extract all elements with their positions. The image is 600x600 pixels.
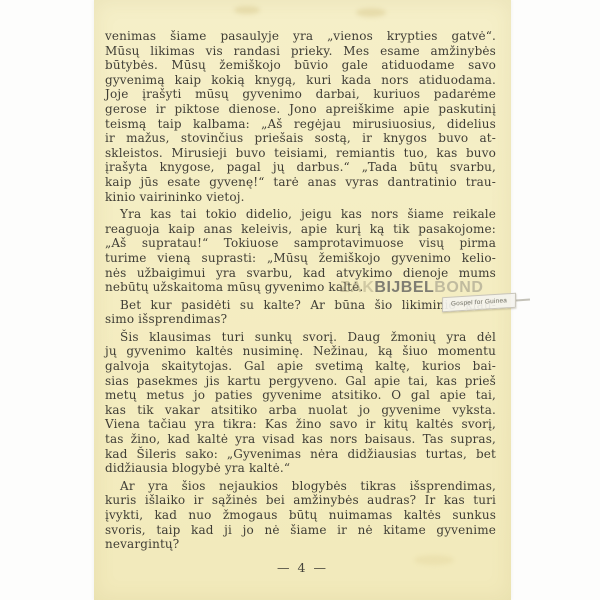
text-block: venimas šiame pasaulyje yra „vienos kryp… — [105, 29, 496, 552]
text-line: Joje įrašyti mūsų gyvenimo darbai, kuriu… — [105, 87, 496, 102]
paragraph: Yra kas tai tokio didelio, jeigu kas nor… — [105, 207, 496, 295]
text-line: Viena tačiau yra tikra: Kas žino savo ir… — [105, 417, 496, 432]
text-line: ir mažus, stovinčius priešais sostą, ir … — [105, 131, 496, 146]
text-line: įvykti, kad nuo žmogaus būtų nuimamas ka… — [105, 508, 496, 523]
text-line: turime vieną suprasti: „Mūsų žemiškojo g… — [105, 251, 496, 266]
paragraph: Ar yra šios nejaukios blogybės tikras iš… — [105, 479, 496, 552]
text-line: galvoja skaitytojas. Gal apie svetimą ka… — [105, 359, 496, 374]
paragraph: Šis klausimas turi sunkų svorį. Daug žmo… — [105, 330, 496, 476]
text-line: metų metus jo paties gyvenime atsitiko. … — [105, 388, 496, 403]
text-line: jų gyvenimo kaltės nusiminę. Nežinau, ką… — [105, 344, 496, 359]
text-line: didžiausia blogybė yra kaltė.“ — [105, 461, 496, 476]
text-line: teismą taip kalbama: „Aš regėjau mirusiu… — [105, 117, 496, 132]
text-line: venimas šiame pasaulyje yra „vienos kryp… — [105, 29, 496, 44]
text-line: Yra kas tai tokio didelio, jeigu kas nor… — [105, 207, 496, 222]
text-line: simo išsprendimas? — [105, 312, 496, 327]
text-line: „Aš supratau!“ Tokiuose samprotavimuose … — [105, 236, 496, 251]
text-line: kuris išlaiko ir sąžinės bei amžinybės a… — [105, 493, 496, 508]
text-line: įrašyta knygose, pagal jų darbus.“ „Tada… — [105, 160, 496, 175]
text-line: Mūsų likimas vis randasi prieky. Mes esa… — [105, 44, 496, 59]
text-line: sias pasekmes jis kartu pergyveno. Gal a… — [105, 374, 496, 389]
watermark-label-dash — [516, 299, 530, 302]
text-line: būtybės. Mūsų žemiškojo būvio gale atidu… — [105, 58, 496, 73]
watermark-label-text: Gospel for Guinea — [451, 297, 507, 307]
text-line: nės užbaigimui yra svarbu, kad atvykimo … — [105, 266, 496, 281]
text-line: gerose ir piktose dienose. Jono apreiški… — [105, 102, 496, 117]
text-line: nebūtų užskaitoma mūsų gyvenimo kaltė. — [105, 280, 496, 295]
scanned-book-page: venimas šiame pasaulyje yra „vienos kryp… — [0, 0, 600, 600]
text-line: nevargintų? — [105, 537, 496, 552]
text-line: kad Šileris sako: „Gyvenimas nėra didžia… — [105, 447, 496, 462]
scan-smudge — [234, 6, 260, 14]
text-line: tas žino, kad kaltė yra visad kas nors b… — [105, 432, 496, 447]
text-line: kaip jūs esate gyvenę!“ tarė anas vyras … — [105, 175, 496, 190]
text-line: kas tik vakar atsitiko arba nuolat jo gy… — [105, 403, 496, 418]
text-line: gyvenimą kaip kokią knygą, kuri kada nor… — [105, 73, 496, 88]
watermark-label: Gospel for Guinea — [442, 293, 516, 313]
text-line: skleistos. Mirusieji buvo teisiami, remi… — [105, 146, 496, 161]
text-line: Ar yra šios nejaukios blogybės tikras iš… — [105, 479, 496, 494]
paragraph: Bet kur pasidėti su kalte? Ar būna šio l… — [105, 298, 496, 327]
page-number: — 4 — — [94, 560, 511, 575]
text-line: kinio vairininko vietoj. — [105, 190, 496, 205]
book-page: venimas šiame pasaulyje yra „vienos kryp… — [94, 0, 511, 600]
scan-smudge — [356, 8, 386, 17]
text-line: Bet kur pasidėti su kalte? Ar būna šio l… — [105, 298, 496, 313]
text-line: reaguoja kaip anas keleivis, apie kurį k… — [105, 222, 496, 237]
paragraph: venimas šiame pasaulyje yra „vienos kryp… — [105, 29, 496, 204]
text-line: svoris, taip kad ji jo nė šiame ir nė ki… — [105, 523, 496, 538]
text-line: Šis klausimas turi sunkų svorį. Daug žmo… — [105, 330, 496, 345]
